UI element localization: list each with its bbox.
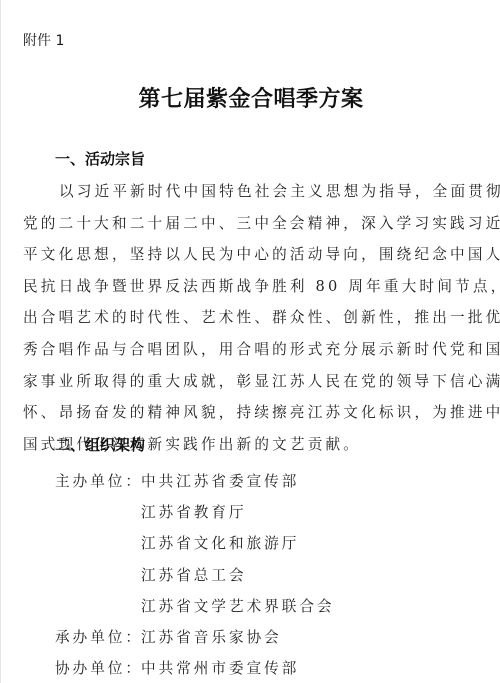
org-row-host: 江苏省总工会 xyxy=(55,560,335,591)
paragraph-line: 平文化思想，坚持以人民为中心的活动导向，围绕纪念中国人 xyxy=(23,239,481,271)
org-label xyxy=(55,497,141,528)
paragraph-line: 出合唱艺术的时代性、艺术性、群众性、创新性，推出一批优 xyxy=(23,302,481,334)
org-label xyxy=(55,560,141,591)
org-row-host: 江苏省文化和旅游厅 xyxy=(55,528,335,559)
org-label: 承办单位： xyxy=(55,622,141,653)
org-value: 江苏省音乐家协会 xyxy=(141,622,282,653)
org-row-host: 江苏省教育厅 xyxy=(55,497,335,528)
org-value: 江苏省文化和旅游厅 xyxy=(141,528,299,559)
org-value: 江苏省教育厅 xyxy=(141,497,247,528)
org-row-host: 江苏省文学艺术界联合会 xyxy=(55,591,335,622)
org-value: 中共江苏省委宣传部 xyxy=(141,466,299,497)
org-value: 江苏省文学艺术界联合会 xyxy=(141,591,335,622)
paragraph-line: 以习近平新时代中国特色社会主义思想为指导，全面贯彻 xyxy=(23,176,481,208)
org-label: 协办单位： xyxy=(55,653,141,683)
document-title: 第七届紫金合唱季方案 xyxy=(1,82,500,113)
org-value: 江苏省总工会 xyxy=(141,560,247,591)
org-value: 中共常州市委宣传部 xyxy=(141,653,299,683)
org-row-host: 主办单位： 中共江苏省委宣传部 xyxy=(55,466,335,497)
attachment-label: 附件 1 xyxy=(23,30,64,50)
section-heading-organization: 二、组织架构 xyxy=(55,434,145,455)
org-label xyxy=(55,528,141,559)
org-label xyxy=(55,591,141,622)
section-heading-purpose: 一、活动宗旨 xyxy=(55,148,145,169)
paragraph-line: 党的二十大和二十届二中、三中全会精神，深入学习实践习近 xyxy=(23,208,481,240)
paragraph-line: 民抗日战争暨世界反法西斯战争胜利 80 周年重大时间节点，突 xyxy=(23,271,481,303)
paragraph-line: 怀、昂扬奋发的精神风貌，持续擦亮江苏文化标识，为推进中 xyxy=(23,397,481,429)
paragraph-line: 秀合唱作品与合唱团队，用合唱的形式充分展示新时代党和国 xyxy=(23,334,481,366)
purpose-paragraph: 以习近平新时代中国特色社会主义思想为指导，全面贯彻 党的二十大和二十届二中、三中… xyxy=(23,176,481,460)
document-page: 附件 1 第七届紫金合唱季方案 一、活动宗旨 以习近平新时代中国特色社会主义思想… xyxy=(0,0,500,683)
organization-list: 主办单位： 中共江苏省委宣传部 江苏省教育厅 江苏省文化和旅游厅 江苏省总工会 … xyxy=(55,466,335,683)
paragraph-line: 家事业所取得的重大成就，彰显江苏人民在党的领导下信心满 xyxy=(23,366,481,398)
org-row-co-organizer: 协办单位： 中共常州市委宣传部 xyxy=(55,653,335,683)
org-row-organizer: 承办单位： 江苏省音乐家协会 xyxy=(55,622,335,653)
org-label: 主办单位： xyxy=(55,466,141,497)
